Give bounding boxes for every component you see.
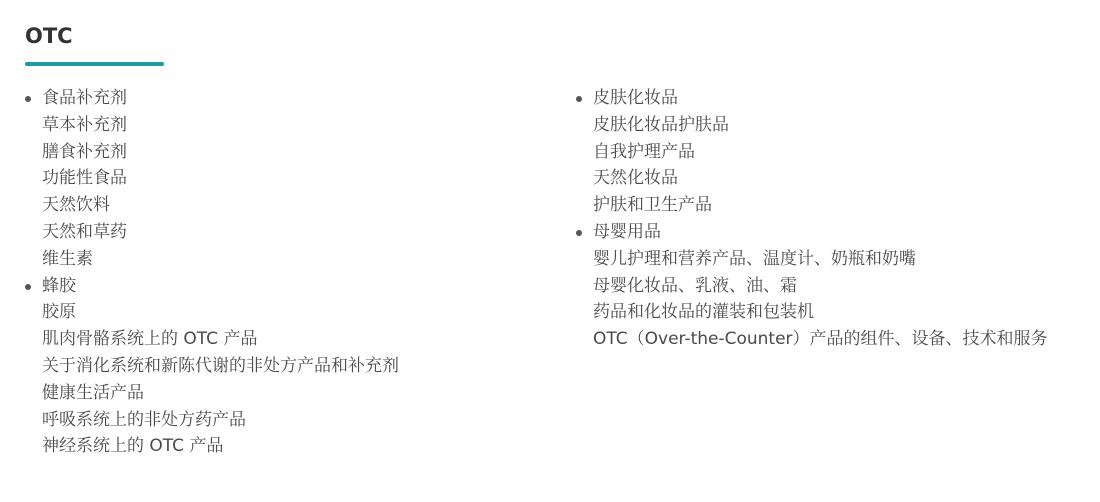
list-item: 药品和化妆品的灌装和包装机: [573, 299, 1048, 326]
list-item: 草本补充剂: [22, 112, 399, 139]
list-item: 膳食补充剂: [22, 139, 399, 166]
right-column: 皮肤化妆品 皮肤化妆品护肤品 自我护理产品 天然化妆品 护肤和卫生产品 母婴用品…: [573, 85, 1048, 353]
list-item: 皮肤化妆品护肤品: [573, 112, 1048, 139]
list-item: OTC（Over-the-Counter）产品的组件、设备、技术和服务: [573, 326, 1048, 353]
list-item: 呼吸系统上的非处方药产品: [22, 407, 399, 434]
list-item: 食品补充剂: [22, 85, 399, 112]
list-item: 神经系统上的 OTC 产品: [22, 433, 399, 460]
list-item: 自我护理产品: [573, 139, 1048, 166]
list-item: 健康生活产品: [22, 380, 399, 407]
list-item: 天然化妆品: [573, 165, 1048, 192]
left-column: 食品补充剂 草本补充剂 膳食补充剂 功能性食品 天然饮料 天然和草药 维生素 蜂…: [22, 85, 399, 460]
list-item: 母婴用品: [573, 219, 1048, 246]
list-item: 肌肉骨骼系统上的 OTC 产品: [22, 326, 399, 353]
list-item: 功能性食品: [22, 165, 399, 192]
list-item: 天然和草药: [22, 219, 399, 246]
list-item: 皮肤化妆品: [573, 85, 1048, 112]
list-item: 蜂胶: [22, 273, 399, 300]
list-item: 婴儿护理和营养产品、温度计、奶瓶和奶嘴: [573, 246, 1048, 273]
list-item: 胶原: [22, 299, 399, 326]
list-item: 母婴化妆品、乳液、油、霜: [573, 273, 1048, 300]
list-item: 天然饮料: [22, 192, 399, 219]
list-item: 关于消化系统和新陈代谢的非处方产品和补充剂: [22, 353, 399, 380]
title-underline: [25, 62, 164, 66]
list-item: 护肤和卫生产品: [573, 192, 1048, 219]
list-item: 维生素: [22, 246, 399, 273]
section-title: OTC: [25, 24, 73, 48]
